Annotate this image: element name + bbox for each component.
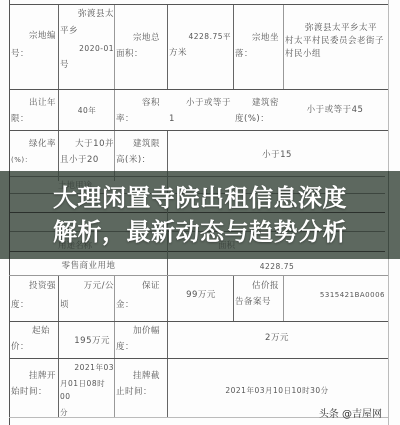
value-greening-rate: 大于10并 且小于20 <box>60 138 114 167</box>
value-investment-intensity: 万元/公 顷 <box>60 280 114 312</box>
value-parcel-location: 弥渡县太平乡太平村太平村民委员会老街子村民小组 <box>285 22 385 61</box>
col-divider <box>58 275 59 417</box>
label-bid-increment: 加价幅 <box>116 325 160 338</box>
value-building-density: 小于或等于45 <box>285 104 385 117</box>
label-transfer-term-tail: 限： <box>11 113 57 126</box>
label-parcel-number-tail: 号： <box>11 48 57 61</box>
col-divider <box>283 5 284 89</box>
label-starting-price: 起始 <box>10 325 50 338</box>
label-building-density: 建筑密 <box>235 97 279 110</box>
headline-line-2: 解析，最新动态与趋势分析 <box>0 215 400 249</box>
row-divider <box>9 358 388 359</box>
label-plot-ratio: 容积 <box>116 97 160 110</box>
overlay-grid-vline <box>114 171 115 181</box>
label-building-density-tail: 度(%)： <box>235 113 283 126</box>
headline-title: 大理闲置寺院出租信息深度 解析，最新动态与趋势分析 <box>0 181 400 249</box>
row-divider <box>9 4 388 5</box>
row-divider <box>9 321 388 322</box>
label-investment-intensity-tail: 度： <box>11 299 57 312</box>
label-transfer-term: 出让年 <box>10 97 56 110</box>
value-height-limit: 小于15 <box>169 149 385 162</box>
value-parcel-number: 弥渡县太 平乡 2020-01 号 <box>60 8 114 72</box>
col-divider <box>283 275 284 321</box>
value-starting-price: 195万元 <box>60 335 110 348</box>
source-watermark: 头条 @吉屋网 <box>319 405 382 420</box>
value-plot-ratio: 小于或等于 1 <box>169 97 231 126</box>
label-parcel-number: 宗地编 <box>10 30 56 43</box>
col-divider <box>233 275 234 321</box>
value-appraisal-report: 5315421BA0006 <box>285 289 385 302</box>
label-greening-rate-tail: (%)： <box>11 154 57 167</box>
value-transfer-term: 40年 <box>60 104 114 117</box>
overlay-grid-line <box>9 251 385 252</box>
col-divider <box>114 275 115 417</box>
label-appraisal-report-tail: 告备案号 <box>235 296 283 309</box>
value-land-use-name: 零售商业用地 <box>10 260 167 273</box>
row-divider <box>9 89 388 90</box>
label-appraisal-report: 估价报 <box>235 280 279 293</box>
label-deposit: 保证 <box>116 280 160 293</box>
col-divider <box>58 5 59 171</box>
col-divider <box>114 5 115 171</box>
col-divider <box>167 259 168 275</box>
overlay-grid-line <box>9 176 385 177</box>
label-listing-end: 挂牌截 <box>116 370 160 383</box>
row-divider <box>9 130 388 131</box>
headline-line-1: 大理闲置寺院出租信息深度 <box>0 181 400 215</box>
label-listing-start: 挂牌开 <box>10 370 56 383</box>
label-height-limit: 建筑限 <box>116 138 160 151</box>
label-listing-end-tail: 止时间： <box>116 386 160 399</box>
col-divider <box>233 5 234 89</box>
label-height-limit-tail: 高(米)： <box>116 154 166 167</box>
label-listing-start-tail: 始时间： <box>11 386 57 399</box>
label-parcel-location: 宗地坐 <box>235 32 279 45</box>
value-listing-start: 2021年03 月01日08时00 分 <box>60 361 114 419</box>
label-deposit-tail: 金： <box>116 299 160 312</box>
label-parcel-location-tail: 落： <box>235 48 279 61</box>
value-deposit: 99万元 <box>169 289 233 302</box>
value-land-use-area: 4228.75 <box>169 260 385 273</box>
label-starting-price-tail: 价： <box>11 341 57 354</box>
col-divider <box>167 275 168 417</box>
label-total-area: 宗地总 <box>116 32 160 45</box>
value-bid-increment: 2万元 <box>169 332 385 345</box>
label-plot-ratio-tail: 率： <box>116 113 160 126</box>
label-bid-increment-tail: 度： <box>116 341 160 354</box>
col-divider <box>167 130 168 171</box>
col-divider <box>167 5 168 89</box>
row-divider <box>9 275 388 276</box>
label-greening-rate: 绿化率 <box>10 138 56 151</box>
value-total-area: 4228.75平 方米 <box>169 30 231 60</box>
value-listing-end: 2021年03月10日10时30分 <box>169 384 385 397</box>
label-investment-intensity: 投资强 <box>10 280 56 293</box>
label-total-area-tail: 面积： <box>116 48 160 61</box>
